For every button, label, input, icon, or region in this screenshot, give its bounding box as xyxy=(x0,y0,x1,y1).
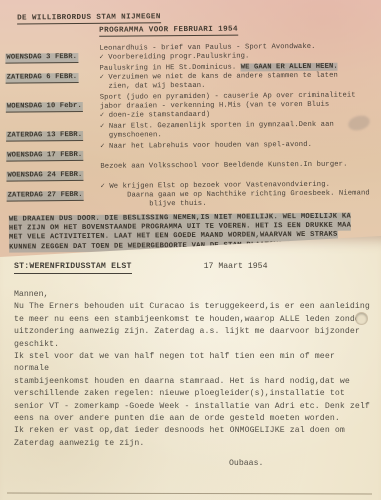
program-entry-date: ZATERDAG 13 FEBR. xyxy=(6,131,83,142)
program-entry: WOENSDAG 17 FEBR. ✓ Naar het Labrehuis v… xyxy=(0,140,381,161)
program-entry-text: ✓ Naar het Labrehuis voor houden van spe… xyxy=(100,140,381,151)
letter-sender: ST:WERENFRIDUSSTAM ELST xyxy=(14,262,132,274)
program-entry-text: Bezoek aan Volksschool voor Beeldende Ku… xyxy=(100,160,381,171)
program-entry: ZATERDAG 27 FEBR. ✓ We krijgen Elst op b… xyxy=(1,180,381,210)
letter-sheet: ST:WERENFRIDUSSTAM ELST 17 Maart 1954 Ma… xyxy=(0,234,381,500)
program-entry: ZATERDAG 13 FEBR. ✓ Naar Elst. Gezamenli… xyxy=(0,120,381,141)
program-entry-date: ZATERDAG 6 FEBR. xyxy=(6,73,79,84)
program-content: DE WILLIBRORDUS STAM NIJMEGEN PROGRAMMA … xyxy=(0,0,381,252)
punch-hole xyxy=(356,313,367,324)
program-entries: WOENSDAG 3 FEBR. Leonardhuis - brief van… xyxy=(0,42,381,210)
program-entry-date: WOENSDAG 3 FEBR. xyxy=(5,53,78,64)
program-entry-text: Pauluskring in HE St.Dominicus. WE GAAN … xyxy=(99,62,380,91)
program-entry: WOENSDAG 10 Febr. Sport (judo en pyramid… xyxy=(0,91,381,121)
program-entry-date: ZATERDAG 27 FEBR. xyxy=(7,191,84,202)
letter-date: 17 Maart 1954 xyxy=(204,262,268,274)
program-entry-text: Leonardhuis - brief van Paulus - Sport A… xyxy=(99,42,380,62)
letter-body: Nu The Erners behouden uit Curacao is te… xyxy=(14,301,371,450)
program-entry-date: WOENSDAG 17 FEBR. xyxy=(6,151,83,162)
program-entry-date: WOENSDAG 10 Febr. xyxy=(6,102,83,113)
program-entry-text: Sport (judo en pyramiden) - causerie Ap … xyxy=(100,91,381,120)
program-entry-date: WOENSDAG 24 FEBR. xyxy=(6,171,83,182)
letter-content: ST:WERENFRIDUSSTAM ELST 17 Maart 1954 Ma… xyxy=(14,262,371,468)
scanned-documents-photo: ST:WERENFRIDUSSTAM ELST 17 Maart 1954 Ma… xyxy=(0,0,381,500)
program-entry: ZATERDAG 6 FEBR. Pauluskring in HE St.Do… xyxy=(0,62,381,92)
program-entry: WOENSDAG 24 FEBR. Bezoek aan Volksschool… xyxy=(0,160,381,181)
program-entry: WOENSDAG 3 FEBR. Leonardhuis - brief van… xyxy=(0,42,380,63)
program-org-title: DE WILLIBRORDUS STAM NIJMEGEN xyxy=(17,13,161,24)
letter-salutation: Mannen, xyxy=(14,289,371,301)
program-title: PROGRAMMA VOOR FEBRUARI 1954 xyxy=(99,26,238,37)
program-sheet: DE WILLIBRORDUS STAM NIJMEGEN PROGRAMMA … xyxy=(0,0,381,260)
letter-signature: Oubaas. xyxy=(229,459,371,468)
highlighted-phrase: WE GAAN ER ALLEN HEEN. xyxy=(241,63,338,72)
letter-header: ST:WERENFRIDUSSTAM ELST 17 Maart 1954 xyxy=(14,262,371,274)
program-entry-text: ✓ We krijgen Elst op bezoek voor Vastena… xyxy=(100,180,381,209)
program-entry-text: ✓ Naar Elst. Gezamenlijk sporten in gymn… xyxy=(100,120,381,140)
